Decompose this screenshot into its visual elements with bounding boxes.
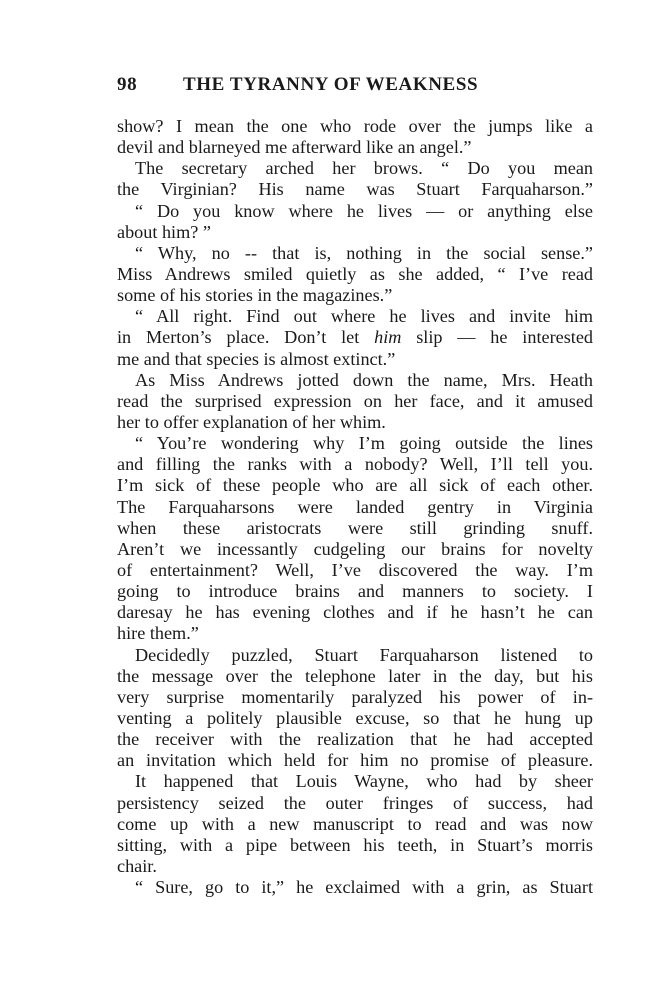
text-line: read the surprised expression on her fac… xyxy=(117,391,593,412)
text-line: about him? ” xyxy=(117,222,593,243)
text-line: persistency seized the outer fringes of … xyxy=(117,793,593,814)
text-line: Aren’t we incessantly cudgeling our brai… xyxy=(117,539,593,560)
text-line: hire them.” xyxy=(117,623,593,644)
text-line: “ Do you know where he lives — or anythi… xyxy=(117,201,593,222)
text-line: “ You’re wondering why I’m going outside… xyxy=(117,433,593,454)
text-line: Decidedly puzzled, Stuart Farquaharson l… xyxy=(117,645,593,666)
text-line: when these aristocrats were still grindi… xyxy=(117,518,593,539)
body-text: show? I mean the one who rode over the j… xyxy=(117,116,593,898)
text-line: an invitation which held for him no prom… xyxy=(117,750,593,771)
text-line: devil and blarneyed me afterward like an… xyxy=(117,137,593,158)
text-line: “ All right. Find out where he lives and… xyxy=(117,306,593,327)
text-line: show? I mean the one who rode over the j… xyxy=(117,116,593,137)
text-line: I’m sick of these people who are all sic… xyxy=(117,475,593,496)
text-line: Miss Andrews smiled quietly as she added… xyxy=(117,264,593,285)
running-title: THE TYRANNY OF WEAKNESS xyxy=(183,74,478,96)
text-line: the Virginian? His name was Stuart Farqu… xyxy=(117,179,593,200)
text-line: As Miss Andrews jotted down the name, Mr… xyxy=(117,370,593,391)
text-line: The Farquaharsons were landed gentry in … xyxy=(117,497,593,518)
text-line: going to introduce brains and manners to… xyxy=(117,581,593,602)
text-line: me and that species is almost extinct.” xyxy=(117,349,593,370)
book-page: 98 THE TYRANNY OF WEAKNESS show? I mean … xyxy=(117,74,593,898)
text-line: the message over the telephone later in … xyxy=(117,666,593,687)
text-line: her to offer explanation of her whim. xyxy=(117,412,593,433)
text-line: venting a politely plausible excuse, so … xyxy=(117,708,593,729)
text-line: sitting, with a pipe between his teeth, … xyxy=(117,835,593,856)
text-line: “ Sure, go to it,” he exclaimed with a g… xyxy=(117,877,593,898)
text-line: come up with a new manuscript to read an… xyxy=(117,814,593,835)
text-line: It happened that Louis Wayne, who had by… xyxy=(117,771,593,792)
text-line: some of his stories in the magazines.” xyxy=(117,285,593,306)
text-line: and filling the ranks with a nobody? Wel… xyxy=(117,454,593,475)
text-line: very surprise momentarily paralyzed his … xyxy=(117,687,593,708)
text-line: “ Why, no -- that is, nothing in the soc… xyxy=(117,243,593,264)
text-line: in Merton’s place. Don’t let him slip — … xyxy=(117,327,593,348)
text-line: chair. xyxy=(117,856,593,877)
text-line: daresay he has evening clothes and if he… xyxy=(117,602,593,623)
running-header: 98 THE TYRANNY OF WEAKNESS xyxy=(117,74,593,98)
page-number: 98 xyxy=(117,74,183,96)
text-line: of entertainment? Well, I’ve discovered … xyxy=(117,560,593,581)
text-line: The secretary arched her brows. “ Do you… xyxy=(117,158,593,179)
text-line: the receiver with the realization that h… xyxy=(117,729,593,750)
